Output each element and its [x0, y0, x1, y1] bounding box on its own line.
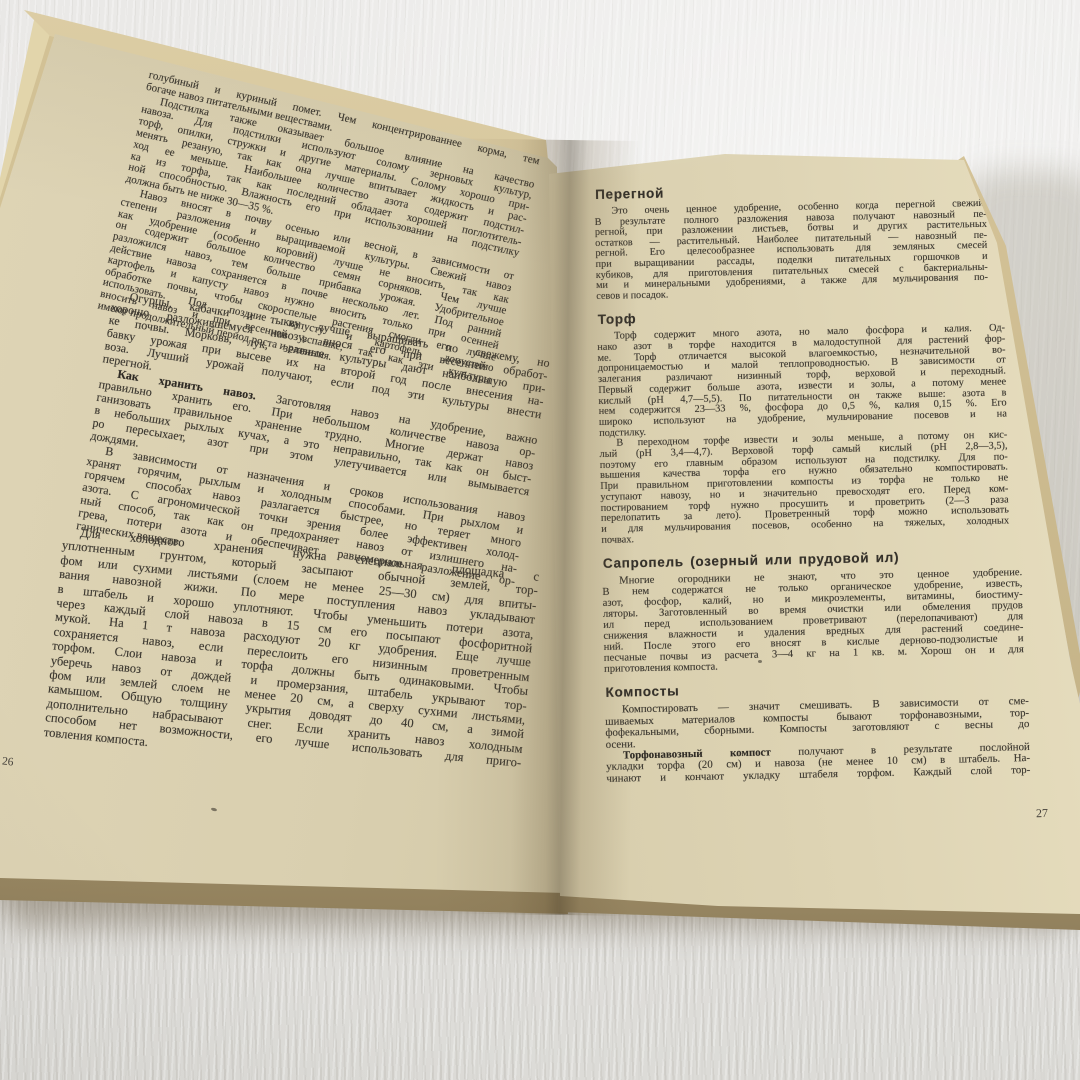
left-page-text-bottom: Для холодного хранения нужна специальная…	[43, 524, 540, 785]
open-book-photo: голубиный и куриный помет. Чем концентри…	[0, 0, 1080, 1080]
paper-speck	[758, 660, 762, 663]
right-page-text: ПерегнойЭто очень ценное удобрение, особ…	[594, 178, 1022, 785]
paragraph: Многие огородники не знают, что это ценн…	[602, 568, 1024, 676]
paper-speck	[211, 807, 218, 811]
paragraph: Компостировать — значит смешивать. В зав…	[605, 696, 1031, 785]
page-number-right: 27	[1036, 806, 1049, 821]
paragraph: Это очень ценное удобрение, особенно ког…	[594, 199, 988, 303]
page-number-left: 26	[1, 755, 14, 768]
paragraph: Торф содержит много азота, но мало фосфо…	[597, 324, 1009, 547]
